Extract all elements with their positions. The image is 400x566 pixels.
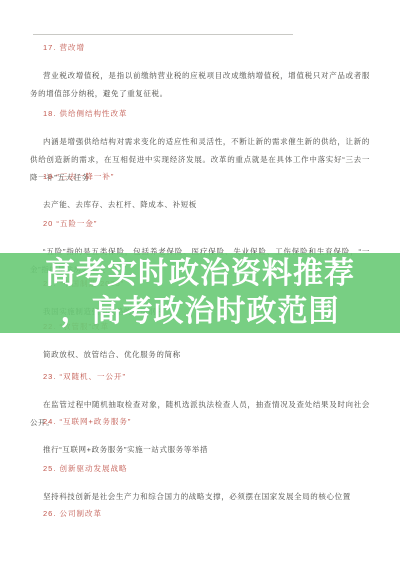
- section-19: 19 “三去一降一补” 去产能、去库存、去杠杆、降成本、补短板: [30, 172, 370, 214]
- section-heading: 25. 创新驱动发展战略: [43, 464, 370, 474]
- section-heading: 23. “双随机、一公开”: [43, 372, 370, 382]
- section-25: 25. 创新驱动发展战略 坚持科技创新是社会生产力和综合国力的战略支撑，必须摆在…: [30, 464, 370, 506]
- section-24: 24. “互联网+政务服务” 推行“互联网+政务服务”实施一站式服务等举措: [30, 417, 370, 459]
- section-body: 简政放权、放管结合、优化服务的简称: [30, 346, 370, 364]
- section-heading: 17. 营改增: [43, 43, 370, 53]
- section-body: 坚持科技创新是社会生产力和综合国力的战略支撑，必须摆在国家发展全局的核心位置: [30, 488, 370, 506]
- section-heading: 19 “三去一降一补”: [43, 172, 370, 182]
- promo-banner: 高考实时政治资料推荐 ，高考政治时政范围: [0, 253, 400, 333]
- promo-title-line2: ，高考政治时政范围: [61, 293, 340, 331]
- section-17: 17. 营改增 营业税改增值税，是指以前缴纳营业税的应税项目改成缴纳增值税，增值…: [30, 43, 370, 103]
- section-body: 营业税改增值税，是指以前缴纳营业税的应税项目改成缴纳增值税，增值税只对产品或者服…: [30, 67, 370, 103]
- section-heading: 18. 供给侧结构性改革: [43, 109, 370, 119]
- section-body: 推行“互联网+政务服务”实施一站式服务等举措: [30, 441, 370, 459]
- section-heading: 24. “互联网+政务服务”: [43, 417, 370, 427]
- top-divider: [33, 34, 293, 35]
- section-heading: 20 “五险一金”: [43, 219, 370, 229]
- article-page: { "page": { "background": "#ffffff" }, "…: [0, 0, 400, 566]
- section-heading: 26. 公司制改革: [43, 509, 370, 519]
- section-26: 26. 公司制改革: [30, 509, 370, 519]
- section-body: 去产能、去库存、去杠杆、降成本、补短板: [30, 196, 370, 214]
- promo-title-line1: 高考实时政治资料推荐: [45, 255, 355, 293]
